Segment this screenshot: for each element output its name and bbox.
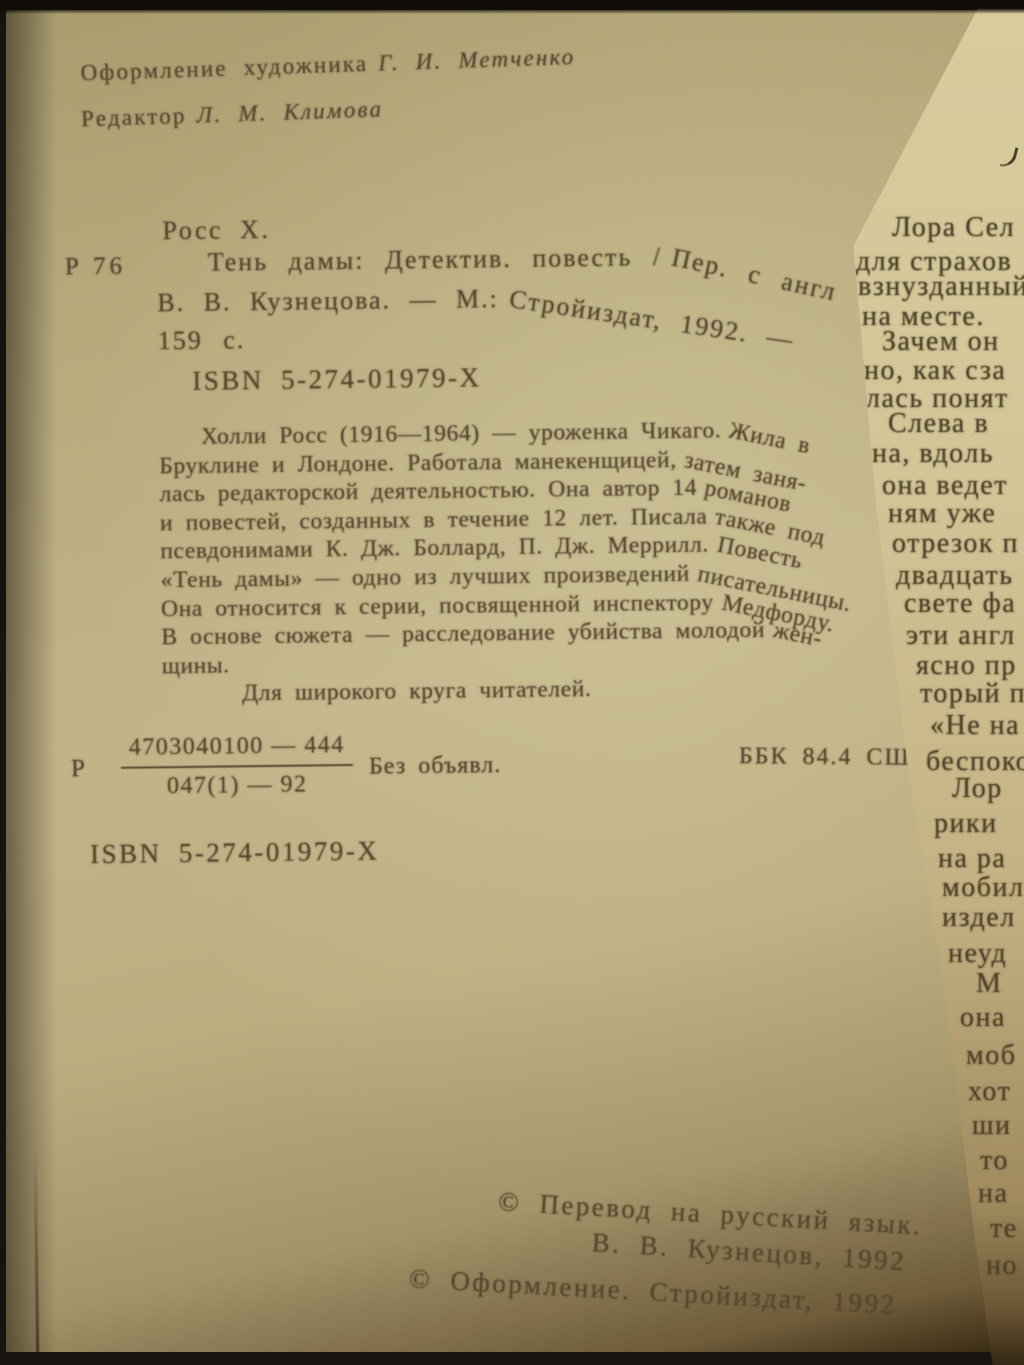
next-page-fragment: на: [978, 1178, 1008, 1210]
book-photo: Оформление художникаГ. И. Метченко Редак…: [0, 0, 1024, 1365]
next-page-fragment: ши: [972, 1110, 1012, 1142]
next-page-fragment: «Не на: [930, 710, 1020, 742]
annotation-block: Холли Росс (1916—1964) — уроженка Чикаго…: [159, 416, 856, 710]
classification-code: Р 76: [65, 253, 126, 282]
next-page-fragment: ням уже: [888, 498, 996, 530]
page-crease: [34, 1146, 40, 1358]
next-page-fragment: эти англ: [906, 620, 1016, 652]
editor-name: Л. М. Климова: [196, 96, 383, 127]
next-page-fragment: хот: [968, 1076, 1011, 1108]
index-prefix: Р: [71, 755, 85, 783]
bib-line2-main: В. В. Кузнецова. — М.:: [157, 284, 499, 317]
next-page-fragment: издел: [942, 902, 1016, 934]
bib-line1-main: Тень дамы: Детектив. повесть /: [208, 242, 662, 277]
annotation-line-main: псевдонимами К. Дж. Боллард, П. Дж. Мерр…: [160, 532, 709, 565]
annotation-line-main: Она относится к серии, посвященной инспе…: [161, 589, 714, 622]
no-announcement-note: Без объявл.: [369, 752, 502, 781]
next-page-fragment: неуд: [948, 938, 1007, 970]
annotation-line-main: «Тень дамы» — одно из лучших произведени…: [161, 561, 690, 593]
bib-line2-tail: Стройиздат, 1992. —: [507, 284, 796, 355]
next-page-fragment: Зачем он: [882, 326, 1000, 358]
imprint-page-content: Оформление художникаГ. И. Метченко Редак…: [0, 0, 1024, 1365]
bibliographic-entry-line-3: 159 с.: [158, 325, 246, 356]
author-heading: Росс Х.: [162, 215, 270, 246]
annotation-line-main: щины.: [162, 652, 230, 679]
isbn-bottom: ISBN 5-274-01979-X: [90, 836, 380, 871]
annotation-line-main: и повестей, созданных в течение 12 лет. …: [160, 503, 708, 536]
index-numerator: 4703040100 — 444: [121, 732, 353, 769]
next-page-fragment: на, вдоль: [872, 438, 994, 470]
index-denominator: 047(1) — 92: [121, 766, 353, 801]
next-page-fragment: свете фа: [904, 588, 1016, 620]
next-page-fragment: М: [976, 968, 1002, 1000]
top-shadow-strip: [0, 0, 1024, 14]
next-page-fragment: моб: [966, 1040, 1016, 1072]
design-credit-line: Оформление художникаГ. И. Метченко: [80, 44, 576, 86]
editor-credit-line: РедакторЛ. М. Климова: [81, 96, 384, 132]
designer-name: Г. И. Метченко: [378, 44, 576, 76]
design-credit-label: Оформление художника: [80, 51, 369, 86]
annotation-line-main: лась редакторской деятельностью. Она авт…: [160, 475, 698, 508]
next-page-fragment: рики: [934, 808, 998, 840]
annotation-line-main: Холли Росс (1916—1964) — уроженка Чикаго…: [201, 417, 722, 449]
annotation-line: Холли Росс (1916—1964) — уроженка Чикаго…: [159, 416, 852, 453]
catalog-index-fraction: 4703040100 — 444 047(1) — 92: [121, 732, 354, 801]
bibliographic-entry-line-1: Тень дамы: Детектив. повесть /Пер. с анг…: [208, 240, 841, 278]
next-page-fragment: на ра: [938, 843, 1006, 875]
isbn-top: ISBN 5-274-01979-X: [192, 362, 482, 397]
next-page-fragment: она: [960, 1002, 1006, 1034]
next-page-fragment: те: [990, 1213, 1018, 1245]
next-page-fragment: отрезок п: [892, 528, 1019, 560]
next-page-fragment: Слева в: [888, 408, 989, 440]
editor-credit-label: Редактор: [81, 103, 187, 131]
next-page-fragment: мобил: [942, 872, 1024, 904]
bbk-code: ББК 84.4 США: [739, 743, 930, 772]
bibliographic-entry-line-2: В. В. Кузнецова. — М.:Стройиздат, 1992. …: [157, 280, 797, 318]
next-page-fragment: то: [980, 1145, 1009, 1177]
annotation-line-main: Для широкого круга читателей.: [242, 676, 592, 706]
next-page-fragment: Лор: [952, 773, 1003, 805]
next-page-fragment: торый п: [920, 678, 1024, 710]
next-page-fragment: но: [986, 1250, 1018, 1282]
annotation-line-main: Бруклине и Лондоне. Работала манекенщице…: [159, 447, 677, 479]
next-page-fragment: Лора Сел: [892, 212, 1015, 244]
next-page-fragment: взнузданный: [858, 271, 1024, 303]
